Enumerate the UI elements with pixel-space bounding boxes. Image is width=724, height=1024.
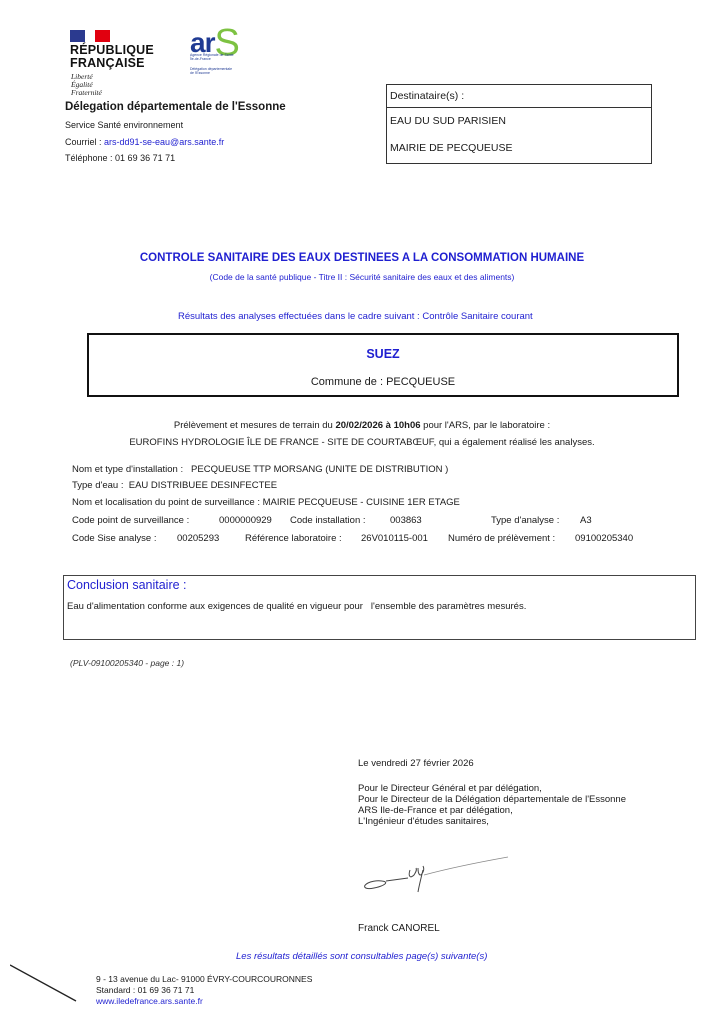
installation-label: Nom et type d'installation : [72,464,183,475]
republique-francaise-logo: RÉPUBLIQUE FRANÇAISE Liberté Égalité Fra… [70,30,180,96]
handwritten-signature-icon [360,848,510,893]
lab-suffix: , qui a également réalisé les analyses. [434,437,595,448]
recipients-label: Destinataire(s) : [387,85,651,108]
sampling-line: Prélèvement et mesures de terrain du 20/… [0,420,724,431]
recipients-box: Destinataire(s) : EAU DU SUD PARISIEN MA… [386,84,652,164]
water-type-label: Type d'eau : [72,480,123,491]
ars-delegation: Délégation départementale de l'Essonne [190,67,235,75]
sample-number-label: Numéro de prélèvement : [448,533,555,544]
sender-title: Délegation départementale de l'Essonne [65,101,286,113]
signature-date: Le vendredi 27 février 2026 [358,758,474,769]
signer-name: Franck CANOREL [358,923,440,934]
lab-ref-label: Référence laboratoire : [245,533,342,544]
signature-line: L'Ingénieur d'études sanitaires, [358,816,489,827]
conclusion-title: Conclusion sanitaire : [67,578,187,592]
phone-label: Téléphone : [65,153,115,163]
signature-line: ARS Ile-de-France et par délégation, [358,805,513,816]
sampling-time-sep: à [383,420,394,431]
operator-name: SUEZ [89,347,677,361]
installation-code-value: 003863 [390,515,422,526]
footer-website-link[interactable]: www.iledefrance.ars.sante.fr [96,996,203,1006]
sise-code-label: Code Sise analyse : [72,533,157,544]
water-type-value: EAU DISTRIBUEE DESINFECTEE [129,480,277,491]
sampling-time: 10h06 [394,420,421,431]
installation-line: Nom et type d'installation : PECQUEUSE T… [72,464,448,475]
email-link[interactable]: ars-dd91-se-eau@ars.sante.fr [104,137,224,147]
marianne-flag-icon [70,30,110,42]
surveillance-point-line: Nom et localisation du point de surveill… [72,497,460,508]
phone-value: 01 69 36 71 71 [115,153,175,163]
lab-name: EUROFINS HYDROLOGIE ÎLE DE FRANCE - SITE… [129,437,433,448]
motto-fraternite: Fraternité [71,89,102,97]
surveillance-point-value: MAIRIE PECQUEUSE - CUISINE 1ER ETAGE [263,497,460,508]
lab-ref-value: 26V010115-001 [361,533,428,544]
page-reference: (PLV-09100205340 - page : 1) [70,658,184,668]
sample-number-value: 09100205340 [575,533,633,544]
sender-phone-line: Téléphone : 01 69 36 71 71 [65,153,175,163]
water-type-line: Type d'eau : EAU DISTRIBUEE DESINFECTEE [72,480,277,491]
lab-line: EUROFINS HYDROLOGIE ÎLE DE FRANCE - SITE… [0,437,724,448]
document-title: CONTROLE SANITAIRE DES EAUX DESTINEES A … [0,252,724,264]
analysis-type-label: Type d'analyse : [491,515,559,526]
commune-value: PECQUEUSE [386,376,455,388]
details-note: Les résultats détaillés sont consultable… [236,951,487,962]
signature-line: Pour le Directeur Général et par délégat… [358,783,542,794]
republique-motto: Liberté Égalité Fraternité [71,73,102,97]
sampling-suffix: pour l'ARS, par le laboratoire : [421,420,551,431]
sampling-date: 20/02/2026 [335,420,383,431]
footer-address: 9 - 13 avenue du Lac- 91000 ÉVRY-COURCOU… [96,974,312,984]
operator-box: SUEZ Commune de : PECQUEUSE [87,333,679,397]
conclusion-box: Conclusion sanitaire : Eau d'alimentatio… [63,575,696,640]
ars-logo: arS Agence Régionale de Santé Île-de-Fra… [190,33,260,83]
fold-mark-line-icon [10,960,100,1020]
recipient-item: MAIRIE DE PECQUEUSE [387,135,651,162]
installation-value: PECQUEUSE TTP MORSANG (UNITE DE DISTRIBU… [191,464,448,475]
recipient-item: EAU DU SUD PARISIEN [387,108,651,135]
surveillance-point-label: Nom et localisation du point de surveill… [72,497,260,508]
republique-line2: FRANÇAISE [70,57,154,70]
analysis-type-value: A3 [580,515,592,526]
point-code-label: Code point de surveillance : [72,515,189,526]
sampling-prefix: Prélèvement et mesures de terrain du [174,420,336,431]
republique-title: RÉPUBLIQUE FRANÇAISE [70,44,154,70]
sender-email-line: Courriel : ars-dd91-se-eau@ars.sante.fr [65,137,224,147]
sender-service: Service Santé environnement [65,120,183,130]
footer-standard: Standard : 01 69 36 71 71 [96,985,194,995]
conclusion-text: Eau d'alimentation conforme aux exigence… [67,601,526,612]
signature-line: Pour le Directeur de la Délégation dépar… [358,794,626,805]
point-code-value: 0000000929 [219,515,272,526]
installation-code-label: Code installation : [290,515,366,526]
email-label: Courriel : [65,137,104,147]
analysis-context: Résultats des analyses effectuées dans l… [178,311,533,322]
document-subtitle: (Code de la santé publique - Titre II : … [0,272,724,282]
commune-label: Commune de : [311,376,386,388]
ars-subtitle: Agence Régionale de Santé Île-de-France [190,53,235,61]
sise-code-value: 00205293 [177,533,219,544]
commune-line: Commune de : PECQUEUSE [89,376,677,388]
